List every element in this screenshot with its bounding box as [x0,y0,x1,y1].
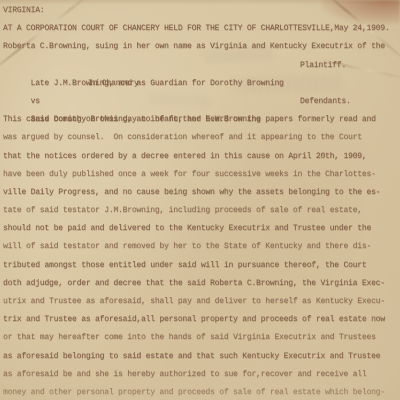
court-caption-line: AT A CORPORATION COURT OF CHANCERY HELD … [3,20,400,38]
body-line: utrix and Trustee as aforesaid, shall pa… [3,293,400,311]
plaintiff-line-2: Late J.M.Browning, and as Guardian for D… [3,57,400,75]
body-line: that the notices ordered by a decree ent… [3,148,400,166]
body-line: tate of said testator J.M.Browning, incl… [3,202,400,220]
state-heading: VIRGINIA: [3,2,400,20]
body-line: doth adjudge, order and decree that the … [3,275,400,293]
in-chancery-text: In Chancery [88,75,139,93]
body-line: tributed amongst those entitled under sa… [3,257,400,275]
defendant-line: Said Dorothy Browning, an infant, and E.… [3,93,400,111]
body-line: as aforesaid belonging to said estate an… [3,348,400,366]
body-line: trix and Trustee as aforesaid,all person… [3,311,400,329]
plaintiff-line-1: Roberta C.Browning, suing in her own nam… [3,38,400,56]
document-text: VIRGINIA: AT A CORPORATION COURT OF CHAN… [3,2,400,400]
plaintiff-label: Plaintiff. [300,57,346,75]
body-line: This cause coming on this day to be furt… [3,111,400,129]
scanned-document-page: VIRGINIA: AT A CORPORATION COURT OF CHAN… [0,0,400,400]
body-line: was argued by counsel. On consideration … [3,129,400,147]
vs-line: vs In Chancery [3,75,400,93]
body-line: will of said testator and removed by her… [3,238,400,256]
body-line: as aforesaid be and she is hereby author… [3,366,400,384]
body-line: have been duly published once a week for… [3,166,400,184]
body-line: should not be paid and delivered to the … [3,220,400,238]
body-line: money and other personal property and pr… [3,384,400,400]
body-line: or that may hereafter come into the hand… [3,329,400,347]
defendants-label: Defendants. [300,93,351,111]
body-line: ville Daily Progress, and no cause being… [3,184,400,202]
